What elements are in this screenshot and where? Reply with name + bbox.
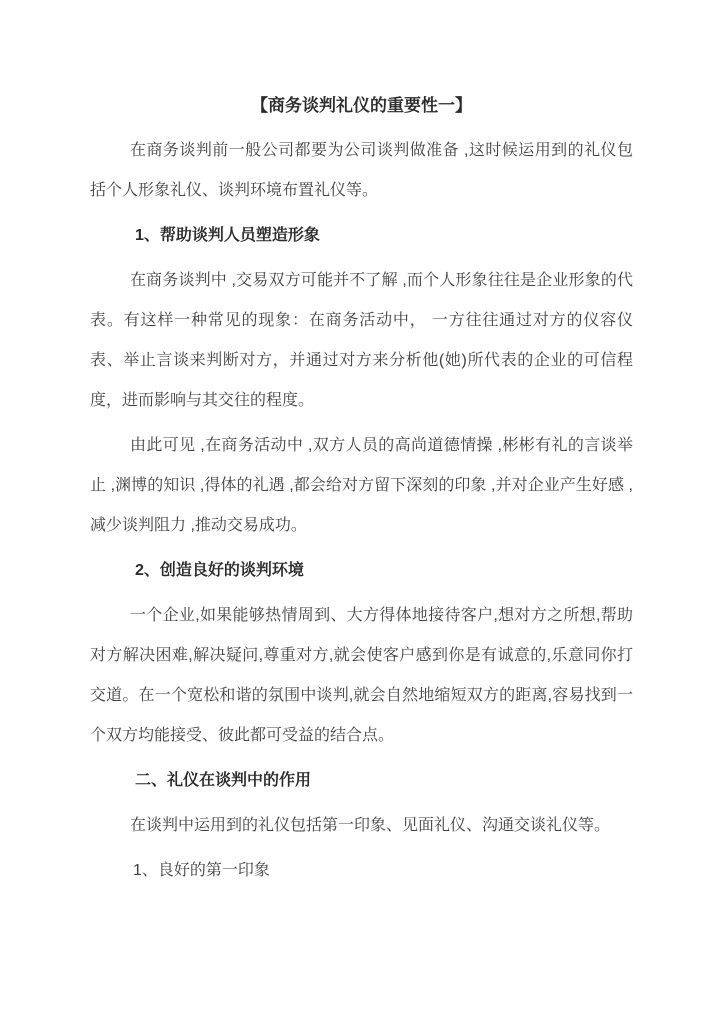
document-body: 在商务谈判前一般公司都要为公司谈判做准备 ,这时候运用到的礼仪包括个人形象礼仪、… [90, 131, 633, 891]
section-heading: 2、创造良好的谈判环境 [90, 551, 633, 591]
body-paragraph: 由此可见 ,在商务活动中 ,双方人员的高尚道德情操 ,彬彬有礼的言谈举止 ,渊博… [90, 426, 633, 546]
body-paragraph: 在商务谈判中 ,交易双方可能并不了解 ,而个人形象往往是企业形象的代表。有这样一… [90, 261, 633, 421]
document-title: 【商务谈判礼仪的重要性一】 [90, 86, 633, 126]
body-paragraph: 在谈判中运用到的礼仪包括第一印象、见面礼仪、沟通交谈礼仪等。 [90, 806, 633, 846]
section-heading: 1、帮助谈判人员塑造形象 [90, 216, 633, 256]
body-paragraph: 一个企业,如果能够热情周到、大方得体地接待客户,想对方之所想,帮助对方解决困难,… [90, 596, 633, 756]
document-page: 【商务谈判礼仪的重要性一】 在商务谈判前一般公司都要为公司谈判做准备 ,这时候运… [0, 0, 721, 1020]
section-heading: 二、礼仪在谈判中的作用 [90, 761, 633, 801]
body-paragraph: 在商务谈判前一般公司都要为公司谈判做准备 ,这时候运用到的礼仪包括个人形象礼仪、… [90, 131, 633, 211]
sub-heading: 1、良好的第一印象 [90, 851, 633, 891]
